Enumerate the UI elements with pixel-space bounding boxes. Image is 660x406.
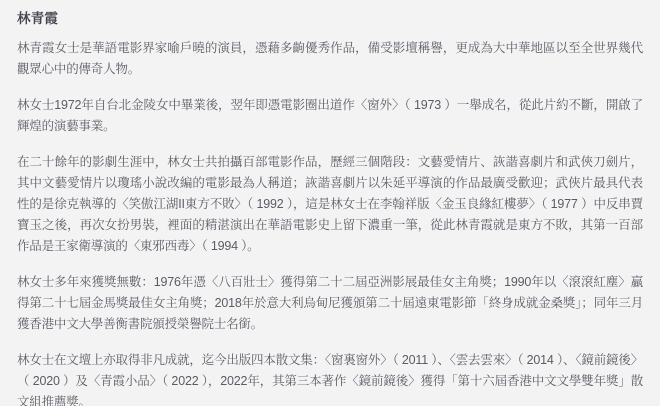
paragraph-awards: 林女士多年來獲獎無數：1976年憑〈八百壯士〉獲得第二十二屆亞洲影展最佳女主角獎…	[17, 272, 643, 335]
page-title: 林青霞	[17, 7, 643, 27]
paragraph-debut: 林女士1972年自台北金陵女中畢業後，翌年即憑電影圈出道作〈窗外〉（ 1973 …	[17, 95, 643, 137]
document-page: 林青霞 林青霞女士是華語電影界家喻戶曉的演員，憑藉多齣優秀作品，備受影壇稱譽，更…	[0, 0, 660, 406]
paragraph-intro: 林青霞女士是華語電影界家喻戶曉的演員，憑藉多齣優秀作品，備受影壇稱譽，更成為大中…	[17, 38, 643, 80]
paragraph-film-career: 在二十餘年的影劇生涯中，林女士共拍攝百部電影作品，歷經三個階段：文藝愛情片、詼諧…	[17, 152, 643, 257]
paragraph-literary-achievements: 林女士在文壇上亦取得非凡成就，迄今出版四本散文集：〈窗裏窗外〉（ 2011 ）、…	[17, 350, 643, 406]
